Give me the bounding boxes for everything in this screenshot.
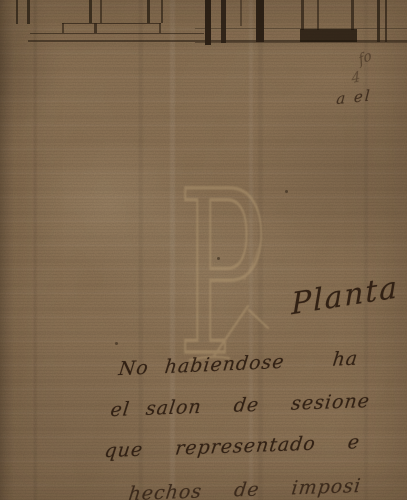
ink-stroke xyxy=(195,42,407,44)
ink-stroke xyxy=(62,23,64,33)
ink-stroke xyxy=(94,23,97,33)
ink-stroke xyxy=(195,28,407,29)
manuscript-page: P fo 4 a el Planta No habiendose ha el s… xyxy=(0,0,407,500)
ink-stroke xyxy=(161,0,163,23)
watermark-flourish-cross xyxy=(249,310,268,328)
paper-texture xyxy=(0,0,407,500)
folio-mark-number: 4 xyxy=(351,69,361,87)
handwriting-heading: Planta xyxy=(291,270,399,322)
ink-stroke xyxy=(377,0,380,42)
paper-grain-layer xyxy=(0,0,407,500)
architectural-drawing-fragment xyxy=(0,0,407,500)
folio-mark-top: fo xyxy=(357,47,373,68)
ink-stroke xyxy=(285,190,288,193)
ink-stroke xyxy=(256,0,264,42)
ink-stroke xyxy=(221,0,226,43)
ink-fragment: a el xyxy=(336,86,372,108)
watermark: P xyxy=(0,0,407,500)
ink-stroke xyxy=(385,0,387,42)
handwriting-line: No habiendose ha xyxy=(117,348,359,381)
ink-stroke xyxy=(62,23,161,25)
watermark-scratch xyxy=(244,238,262,280)
ink-stroke xyxy=(240,0,242,26)
ink-stroke xyxy=(159,23,161,33)
watermark-flourish-diagonal xyxy=(214,306,248,356)
ink-stroke xyxy=(217,257,220,260)
ink-stroke xyxy=(28,40,407,42)
ink-stroke xyxy=(100,0,102,23)
ink-stroke xyxy=(16,0,18,24)
ink-stroke xyxy=(205,0,211,45)
ink-stroke xyxy=(351,0,354,30)
ink-stroke xyxy=(300,29,357,42)
paper-blotch-layer xyxy=(0,0,407,500)
ink-stroke xyxy=(147,0,150,23)
ink-stroke xyxy=(27,0,30,24)
ink-stroke xyxy=(30,33,204,35)
ink-stroke xyxy=(301,0,304,30)
handwriting-line-clipped: hechos de imposi xyxy=(127,475,362,500)
ink-stroke xyxy=(115,342,118,345)
ink-stroke xyxy=(317,0,319,30)
handwriting-line: el salon de sesione xyxy=(109,390,371,421)
handwriting-line: que representado e xyxy=(103,431,361,462)
ink-stroke xyxy=(89,0,92,23)
